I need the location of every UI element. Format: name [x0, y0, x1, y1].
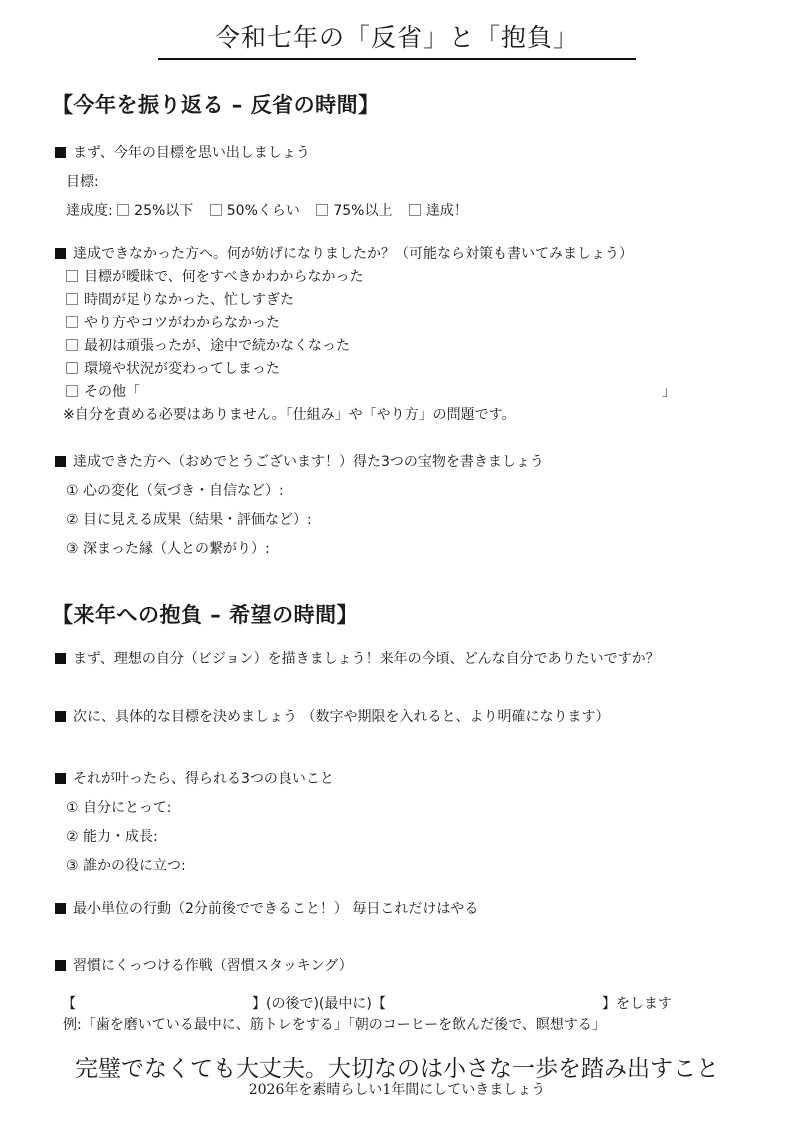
square-bullet-icon	[55, 960, 66, 971]
checkbox-icon[interactable]	[66, 385, 78, 397]
square-bullet-icon	[55, 773, 66, 784]
obstacle-item[interactable]: 目標が曖昧で、何をすべきかわからなかった	[66, 266, 363, 286]
specific-goal-question: 次に、具体的な目標を決めましょう （数字や期限を入れると、より明確になります）	[55, 706, 609, 726]
benefit-item: ③ 誰かの役に立つ:	[66, 855, 186, 875]
benefit-item: ② 能力・成長:	[66, 826, 158, 846]
reflection-note: ※自分を責める必要はありません。「仕組み」や「やり方」の問題です。	[63, 404, 515, 424]
page-title: 令和七年の「反省」と「抱負」	[0, 18, 794, 54]
footer-sub: 2026年を素晴らしい1年間にしていきましょう	[0, 1079, 794, 1099]
achievement-label: 達成度:	[66, 203, 113, 219]
obstacle-item[interactable]: 環境や状況が変わってしまった	[66, 358, 280, 378]
aspiration-heading: 【来年への抱負 – 希望の時間】	[52, 599, 358, 629]
goal-field-label: 目標:	[66, 171, 99, 191]
stacking-end: 】をします	[602, 993, 672, 1013]
checkbox-icon[interactable]	[66, 270, 78, 282]
obstacle-item[interactable]: やり方やコツがわからなかった	[66, 312, 280, 332]
reflection-heading: 【今年を振り返る – 反省の時間】	[52, 89, 380, 119]
benefits-question: それが叶ったら、得られる3つの良いこと	[55, 768, 334, 788]
checkbox-icon[interactable]	[66, 339, 78, 351]
square-bullet-icon	[55, 903, 66, 914]
stacking-open-bracket: 【	[62, 993, 76, 1013]
checkbox-icon[interactable]	[316, 204, 328, 216]
success-question: 達成できた方へ（おめでとうございます！）得た3つの宝物を書きましょう	[55, 451, 544, 471]
checkbox-icon[interactable]	[66, 293, 78, 305]
achievement-row: 達成度: 25%以下 50%くらい 75%以上 達成！	[66, 200, 480, 220]
stacking-mid: 】(の後で)(最中に)【	[252, 993, 386, 1013]
checkbox-icon[interactable]	[66, 316, 78, 328]
achievement-option-75[interactable]: 75%以上	[316, 203, 392, 219]
treasure-item: ③ 深まった縁（人との繋がり）:	[66, 538, 270, 558]
obstacle-item[interactable]: 最初は頑張ったが、途中で続かなくなった	[66, 335, 350, 355]
achievement-option-done[interactable]: 達成！	[409, 203, 468, 219]
obstacle-question: 達成できなかった方へ。何が妨げになりましたか？（可能なら対策も書いてみましょう）	[55, 243, 633, 263]
square-bullet-icon	[55, 147, 66, 158]
achievement-option-25[interactable]: 25%以下	[117, 203, 193, 219]
title-underline	[158, 58, 636, 60]
square-bullet-icon	[55, 248, 66, 259]
goal-question-text: まず、今年の目標を思い出しましょう	[73, 145, 310, 161]
square-bullet-icon	[55, 653, 66, 664]
stacking-question: 習慣にくっつける作戦（習慣スタッキング）	[55, 955, 353, 975]
obstacle-item-other[interactable]: その他「	[66, 381, 140, 401]
checkbox-icon[interactable]	[117, 204, 129, 216]
goal-question: まず、今年の目標を思い出しましょう	[55, 142, 310, 162]
square-bullet-icon	[55, 456, 66, 467]
square-bullet-icon	[55, 711, 66, 722]
stacking-example: 例:「歯を磨いている最中に、筋トレをする」「朝のコーヒーを飲んだ後で、瞑想する」	[63, 1014, 606, 1034]
vision-question: まず、理想の自分（ビジョン）を描きましょう！来年の今頃、どんな自分でありたいです…	[55, 648, 660, 668]
treasure-item: ① 心の変化（気づき・自信など）:	[66, 480, 284, 500]
other-close-bracket: 」	[662, 381, 676, 401]
checkbox-icon[interactable]	[210, 204, 222, 216]
obstacle-item[interactable]: 時間が足りなかった、忙しすぎた	[66, 289, 294, 309]
achievement-option-50[interactable]: 50%くらい	[210, 203, 300, 219]
checkbox-icon[interactable]	[66, 362, 78, 374]
min-action-question: 最小単位の行動（2分前後でできること！） 毎日これだけはやる	[55, 898, 478, 918]
treasure-item: ② 目に見える成果（結果・評価など）:	[66, 509, 312, 529]
checkbox-icon[interactable]	[409, 204, 421, 216]
benefit-item: ① 自分にとって:	[66, 797, 171, 817]
